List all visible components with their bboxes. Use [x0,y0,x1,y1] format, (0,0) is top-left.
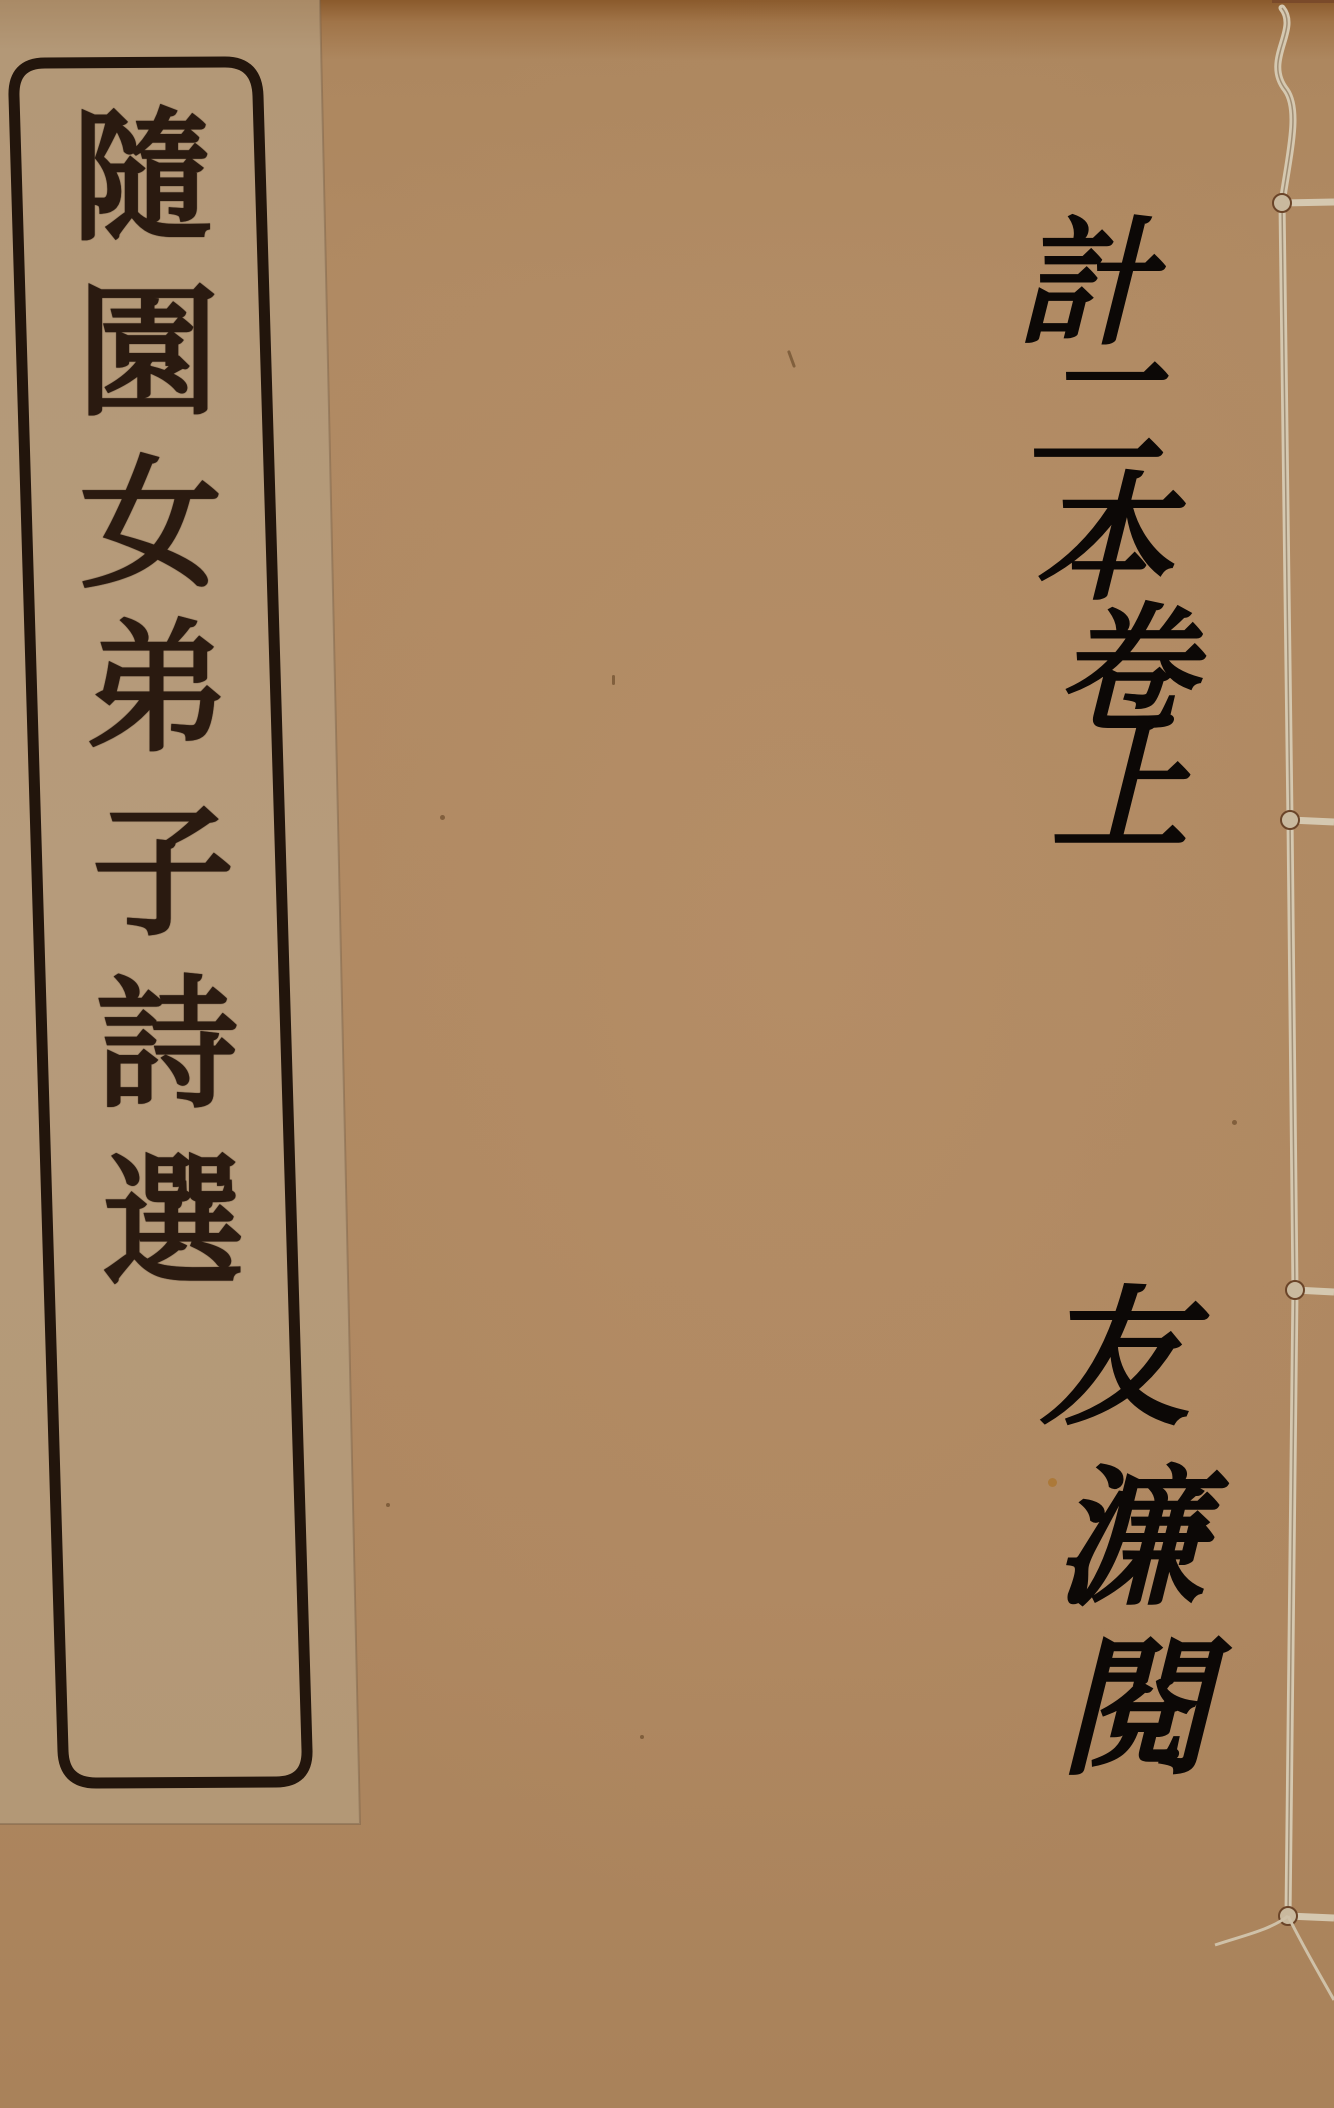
stitched-binding [0,0,1334,2108]
book-cover: 隨 園 女 弟 子 詩 選 計 二 本 卷 上 友 濂 閱 [0,0,1334,2108]
